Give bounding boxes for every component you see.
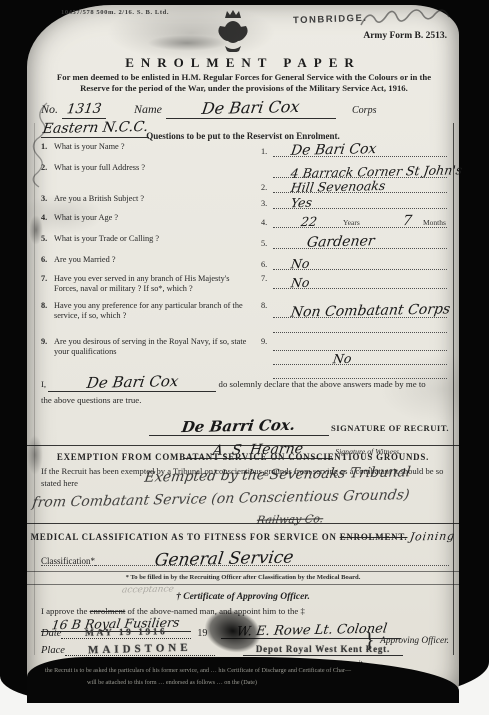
name-label: Name	[134, 102, 162, 116]
date-label: Date	[41, 628, 61, 639]
exemption-handwriting-2: from Combatant Service (on Conscientious…	[31, 487, 410, 511]
recruit-signature-label: SIGNATURE OF RECRUIT.	[331, 423, 449, 433]
certificate-heading: † Certificate of Approving Officer.	[27, 592, 459, 602]
questions-heading: Questions to be put to the Reservist on …	[27, 131, 459, 141]
answer-married: No	[290, 256, 311, 271]
top-smudge	[147, 35, 227, 51]
declaration-name: De Bari Cox	[48, 373, 216, 392]
medical-footnote: * To be filled in by the Recruiting Offi…	[27, 574, 459, 581]
classification-value: General Service	[153, 548, 294, 571]
answer-age-years: 22	[300, 214, 318, 229]
thin-divider	[27, 571, 459, 572]
date-value: MAY 19 1916	[61, 627, 191, 639]
no-value: 1313	[62, 100, 106, 119]
question-row-3: 3.Are you a British Subject ? 3. Yes	[41, 194, 447, 213]
question-row-4: 4.What is your Age ? 4. 22 Years 7 Month…	[41, 213, 447, 234]
question-row-7: 7.Have you ever served in any branch of …	[41, 274, 447, 301]
blank-line	[41, 565, 449, 566]
section-divider	[27, 523, 459, 524]
form-number: Army Form B. 2513.	[363, 31, 447, 41]
place-label: Place	[41, 645, 65, 656]
printers-code: 10457/578 500m. 2/16. S. B. Ltd.	[61, 9, 169, 16]
declaration-prefix: I,	[41, 379, 46, 389]
form-border-left	[34, 123, 35, 655]
answer-age-months: 7	[402, 213, 413, 229]
declaration-text: do solemnly declare that the above answe…	[219, 379, 426, 389]
question-row-8: 8.Have you any preference for any partic…	[41, 301, 447, 337]
exemption-heading: EXEMPTION FROM COMBATANT SERVICE ON CONS…	[27, 452, 459, 462]
declaration-text-2: the above questions are true.	[41, 395, 449, 405]
footnote-fragment-1: the Recruit is to be asked the particula…	[45, 667, 445, 676]
form-subtitle: For men deemed to be enlisted in H.M. Re…	[43, 72, 445, 94]
paper-sheet: 10457/578 500m. 2/16. S. B. Ltd. TONBRID…	[27, 5, 459, 703]
years-label: Years	[343, 218, 360, 227]
answer-name: De Bari Cox	[290, 141, 378, 159]
form-border-right	[453, 123, 454, 655]
scanned-enrolment-paper: 10457/578 500m. 2/16. S. B. Ltd. TONBRID…	[0, 0, 489, 715]
thin-divider	[27, 584, 459, 585]
questions-table: 1.What is your Name ? 1. De Bari Cox 2.W…	[41, 142, 447, 381]
edge-smudge	[27, 435, 43, 475]
question-row-6: 6.Are you Married ? 6. No	[41, 255, 447, 274]
page-title: ENROLMENT PAPER	[27, 55, 459, 71]
edge-smudge	[29, 215, 43, 245]
answer-british-subject: Yes	[290, 195, 313, 210]
struck-enrolment: enrolment	[90, 606, 126, 616]
medical-heading: MEDICAL CLASSIFICATION AS TO FITNESS FOR…	[27, 530, 459, 543]
declaration: I, De Bari Cox do solemnly declare that …	[41, 373, 449, 459]
answer-royal-navy: No	[332, 351, 353, 366]
heading-correction: Joining	[410, 530, 457, 544]
footnote-fragment-2: will be attached to this form … endorsed…	[87, 679, 487, 688]
answer-address-2: Hill Sevenoaks	[290, 178, 387, 195]
answer-prior-service: No	[290, 275, 311, 290]
classification-row: Classification* General Service	[41, 545, 449, 566]
answer-trade: Gardener	[306, 233, 376, 250]
months-label: Months	[423, 218, 446, 227]
corps-label: Corps	[352, 105, 376, 116]
recruit-signature: De Barri Cox.	[149, 417, 329, 436]
header-fields: No. 1313 Name De Bari Cox Corps Eastern …	[41, 98, 449, 122]
crossed-out-text: Railway Co.	[256, 512, 324, 526]
no-label: No.	[41, 102, 58, 116]
place-value: MAIDSTONE	[65, 643, 215, 656]
name-value: De Bari Cox	[166, 98, 336, 119]
question-row-1: 1.What is your Name ? 1. De Bari Cox	[41, 142, 447, 163]
struck-word: ENROLMENT.	[340, 532, 408, 542]
question-row-2: 2.What is your full Address ? 2. 4 Barra…	[41, 163, 447, 194]
question-row-5: 5.What is your Trade or Calling ? 5. Gar…	[41, 234, 447, 255]
classification-line: General Service	[95, 545, 449, 566]
section-divider	[27, 445, 459, 446]
